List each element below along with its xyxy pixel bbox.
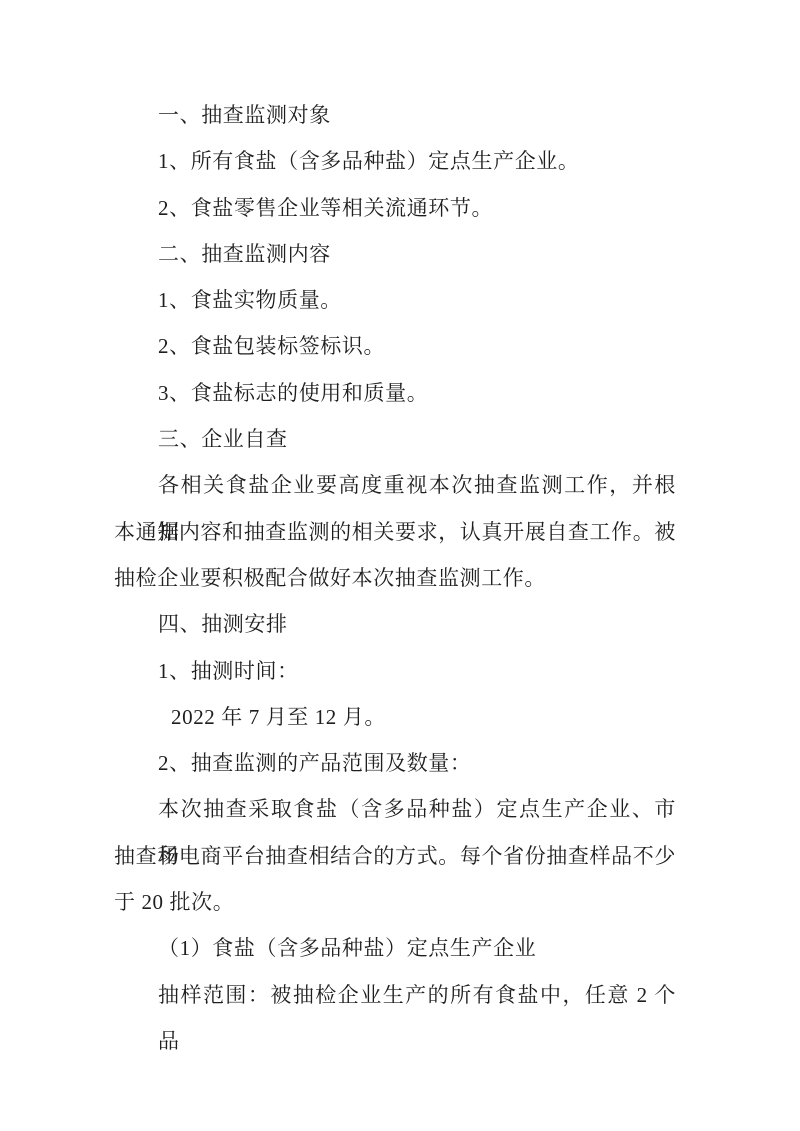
document-line: 二、抽查监测内容 xyxy=(114,231,676,277)
document-line: 四、抽测安排 xyxy=(114,601,676,647)
document-line: 2022 年 7 月至 12 月。 xyxy=(114,694,676,740)
document-line: 抽查和电商平台抽查相结合的方式。每个省份抽查样品不少 xyxy=(114,833,676,879)
document-line: 2、抽查监测的产品范围及数量： xyxy=(114,740,676,786)
document-line: 1、所有食盐（含多品种盐）定点生产企业。 xyxy=(114,138,676,184)
document-line: 1、抽测时间： xyxy=(114,648,676,694)
document-page: 一、抽查监测对象1、所有食盐（含多品种盐）定点生产企业。2、食盐零售企业等相关流… xyxy=(0,0,800,1131)
document-line: 3、食盐标志的使用和质量。 xyxy=(114,370,676,416)
document-line: 2、食盐包装标签标识。 xyxy=(114,323,676,369)
document-line: 本通知内容和抽查监测的相关要求，认真开展自查工作。被 xyxy=(114,509,676,555)
document-line: 2、食盐零售企业等相关流通环节。 xyxy=(114,185,676,231)
document-line: 抽检企业要积极配合做好本次抽查监测工作。 xyxy=(114,555,676,601)
document-line: 三、企业自查 xyxy=(114,416,676,462)
document-line: 于 20 批次。 xyxy=(114,879,676,925)
document-line: 一、抽查监测对象 xyxy=(114,92,676,138)
document-line: 各相关食盐企业要高度重视本次抽查监测工作，并根据 xyxy=(114,462,676,508)
document-line: 本次抽查采取食盐（含多品种盐）定点生产企业、市场 xyxy=(114,786,676,832)
document-line: （1）食盐（含多品种盐）定点生产企业 xyxy=(114,925,676,971)
document-text-block: 一、抽查监测对象1、所有食盐（含多品种盐）定点生产企业。2、食盐零售企业等相关流… xyxy=(0,0,676,1018)
document-line: 1、食盐实物质量。 xyxy=(114,277,676,323)
document-line: 抽样范围：被抽检企业生产的所有食盐中，任意 2 个品 xyxy=(114,972,676,1018)
